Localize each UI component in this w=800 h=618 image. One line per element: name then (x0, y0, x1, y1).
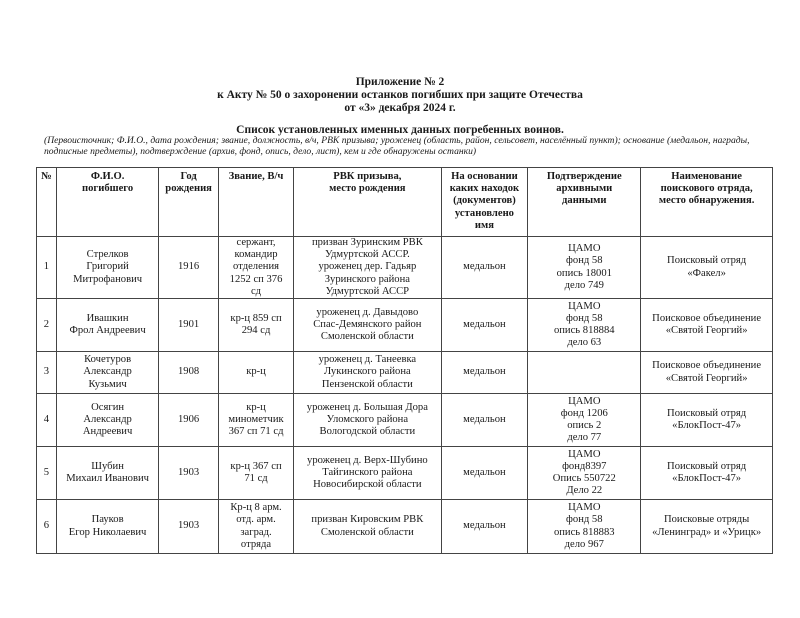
cell-number: 1 (37, 237, 57, 299)
cell-birth-year: 1908 (159, 352, 219, 394)
cell-rank: Кр-ц 8 арм.отд. арм.заград.отряда (218, 500, 293, 554)
cell-basis: медальон (441, 500, 528, 554)
cell-squad: Поисковый отряд«Факел» (641, 237, 773, 299)
cell-rvk: призван Зуринским РВКУдмуртской АССР.уро… (294, 237, 441, 299)
column-birth-year-header: Годрождения (159, 168, 219, 237)
table-row: 5ШубинМихаил Иванович1903кр-ц 367 сп71 с… (37, 447, 773, 500)
table-row: 3КочетуровАлександрКузьмич1908кр-цурожен… (37, 352, 773, 394)
cell-number: 2 (37, 299, 57, 352)
cell-archive: ЦАМОфонд 1206опись 2дело 77 (528, 394, 641, 447)
column-archive-header: Подтверждениеархивнымиданными (528, 168, 641, 237)
cell-rvk: уроженец д. Верх-ШубиноТайгинского район… (294, 447, 441, 500)
cell-name: ШубинМихаил Иванович (56, 447, 158, 500)
column-basis-header: На основаниикаких находок(документов)уст… (441, 168, 528, 237)
cell-squad: Поисковый отряд«БлокПост-47» (641, 394, 773, 447)
cell-rvk: призван Кировским РВКСмоленской области (294, 500, 441, 554)
table-row: 1СтрелковГригорийМитрофанович1916сержант… (37, 237, 773, 299)
appendix-title: Приложение № 2 (0, 76, 800, 89)
cell-name: ОсягинАлександрАндреевич (56, 394, 158, 447)
cell-birth-year: 1903 (159, 447, 219, 500)
cell-squad: Поисковое объединение«Святой Георгий» (641, 352, 773, 394)
cell-rank: кр-ц 859 сп294 сд (218, 299, 293, 352)
table-row: 6ПауковЕгор Николаевич1903Кр-ц 8 арм.отд… (37, 500, 773, 554)
cell-birth-year: 1901 (159, 299, 219, 352)
column-number-header: № (37, 168, 57, 237)
cell-birth-year: 1906 (159, 394, 219, 447)
cell-basis: медальон (441, 352, 528, 394)
cell-basis: медальон (441, 237, 528, 299)
act-reference: к Акту № 50 о захоронении останков погиб… (0, 89, 800, 102)
soldiers-table: №Ф.И.О.погибшегоГодрожденияЗвание, В/чРВ… (36, 167, 773, 554)
cell-squad: Поисковое объединение«Святой Георгий» (641, 299, 773, 352)
cell-name: ИвашкинФрол Андреевич (56, 299, 158, 352)
column-rank-header: Звание, В/ч (218, 168, 293, 237)
cell-archive (528, 352, 641, 394)
cell-number: 5 (37, 447, 57, 500)
cell-number: 4 (37, 394, 57, 447)
cell-rank: кр-ц 367 сп71 сд (218, 447, 293, 500)
cell-basis: медальон (441, 447, 528, 500)
cell-squad: Поисковый отряд«БлокПост-47» (641, 447, 773, 500)
list-note: (Первоисточник; Ф.И.О., дата рождения; з… (44, 136, 784, 157)
cell-rvk: уроженец д. Большая ДораУломского района… (294, 394, 441, 447)
cell-name: СтрелковГригорийМитрофанович (56, 237, 158, 299)
table-header-row: №Ф.И.О.погибшегоГодрожденияЗвание, В/чРВ… (37, 168, 773, 237)
column-name-header: Ф.И.О.погибшего (56, 168, 158, 237)
table-body: 1СтрелковГригорийМитрофанович1916сержант… (37, 237, 773, 554)
cell-rvk: уроженец д. ТанеевкаЛукинского районаПен… (294, 352, 441, 394)
cell-name: ПауковЕгор Николаевич (56, 500, 158, 554)
cell-name: КочетуровАлександрКузьмич (56, 352, 158, 394)
cell-rank: сержант,командиротделения1252 сп 376сд (218, 237, 293, 299)
column-squad-header: Наименованиепоискового отряда,место обна… (641, 168, 773, 237)
cell-basis: медальон (441, 299, 528, 352)
cell-birth-year: 1916 (159, 237, 219, 299)
cell-number: 3 (37, 352, 57, 394)
act-date: от «3» декабря 2024 г. (0, 102, 800, 115)
cell-archive: ЦАМОфонд8397Опись 550722Дело 22 (528, 447, 641, 500)
cell-archive: ЦАМОфонд 58опись 18001дело 749 (528, 237, 641, 299)
cell-rank: кр-ц (218, 352, 293, 394)
table-row: 2ИвашкинФрол Андреевич1901кр-ц 859 сп294… (37, 299, 773, 352)
cell-squad: Поисковые отряды«Ленинград» и «Урицк» (641, 500, 773, 554)
cell-archive: ЦАМОфонд 58опись 818883дело 967 (528, 500, 641, 554)
table-row: 4ОсягинАлександрАндреевич1906кр-цминомет… (37, 394, 773, 447)
cell-birth-year: 1903 (159, 500, 219, 554)
cell-archive: ЦАМОфонд 58опись 818884дело 63 (528, 299, 641, 352)
cell-rank: кр-цминометчик367 сп 71 сд (218, 394, 293, 447)
cell-number: 6 (37, 500, 57, 554)
cell-rvk: уроженец д. ДавыдовоСпас-Демянского райо… (294, 299, 441, 352)
cell-basis: медальон (441, 394, 528, 447)
column-rvk-header: РВК призыва,место рождения (294, 168, 441, 237)
